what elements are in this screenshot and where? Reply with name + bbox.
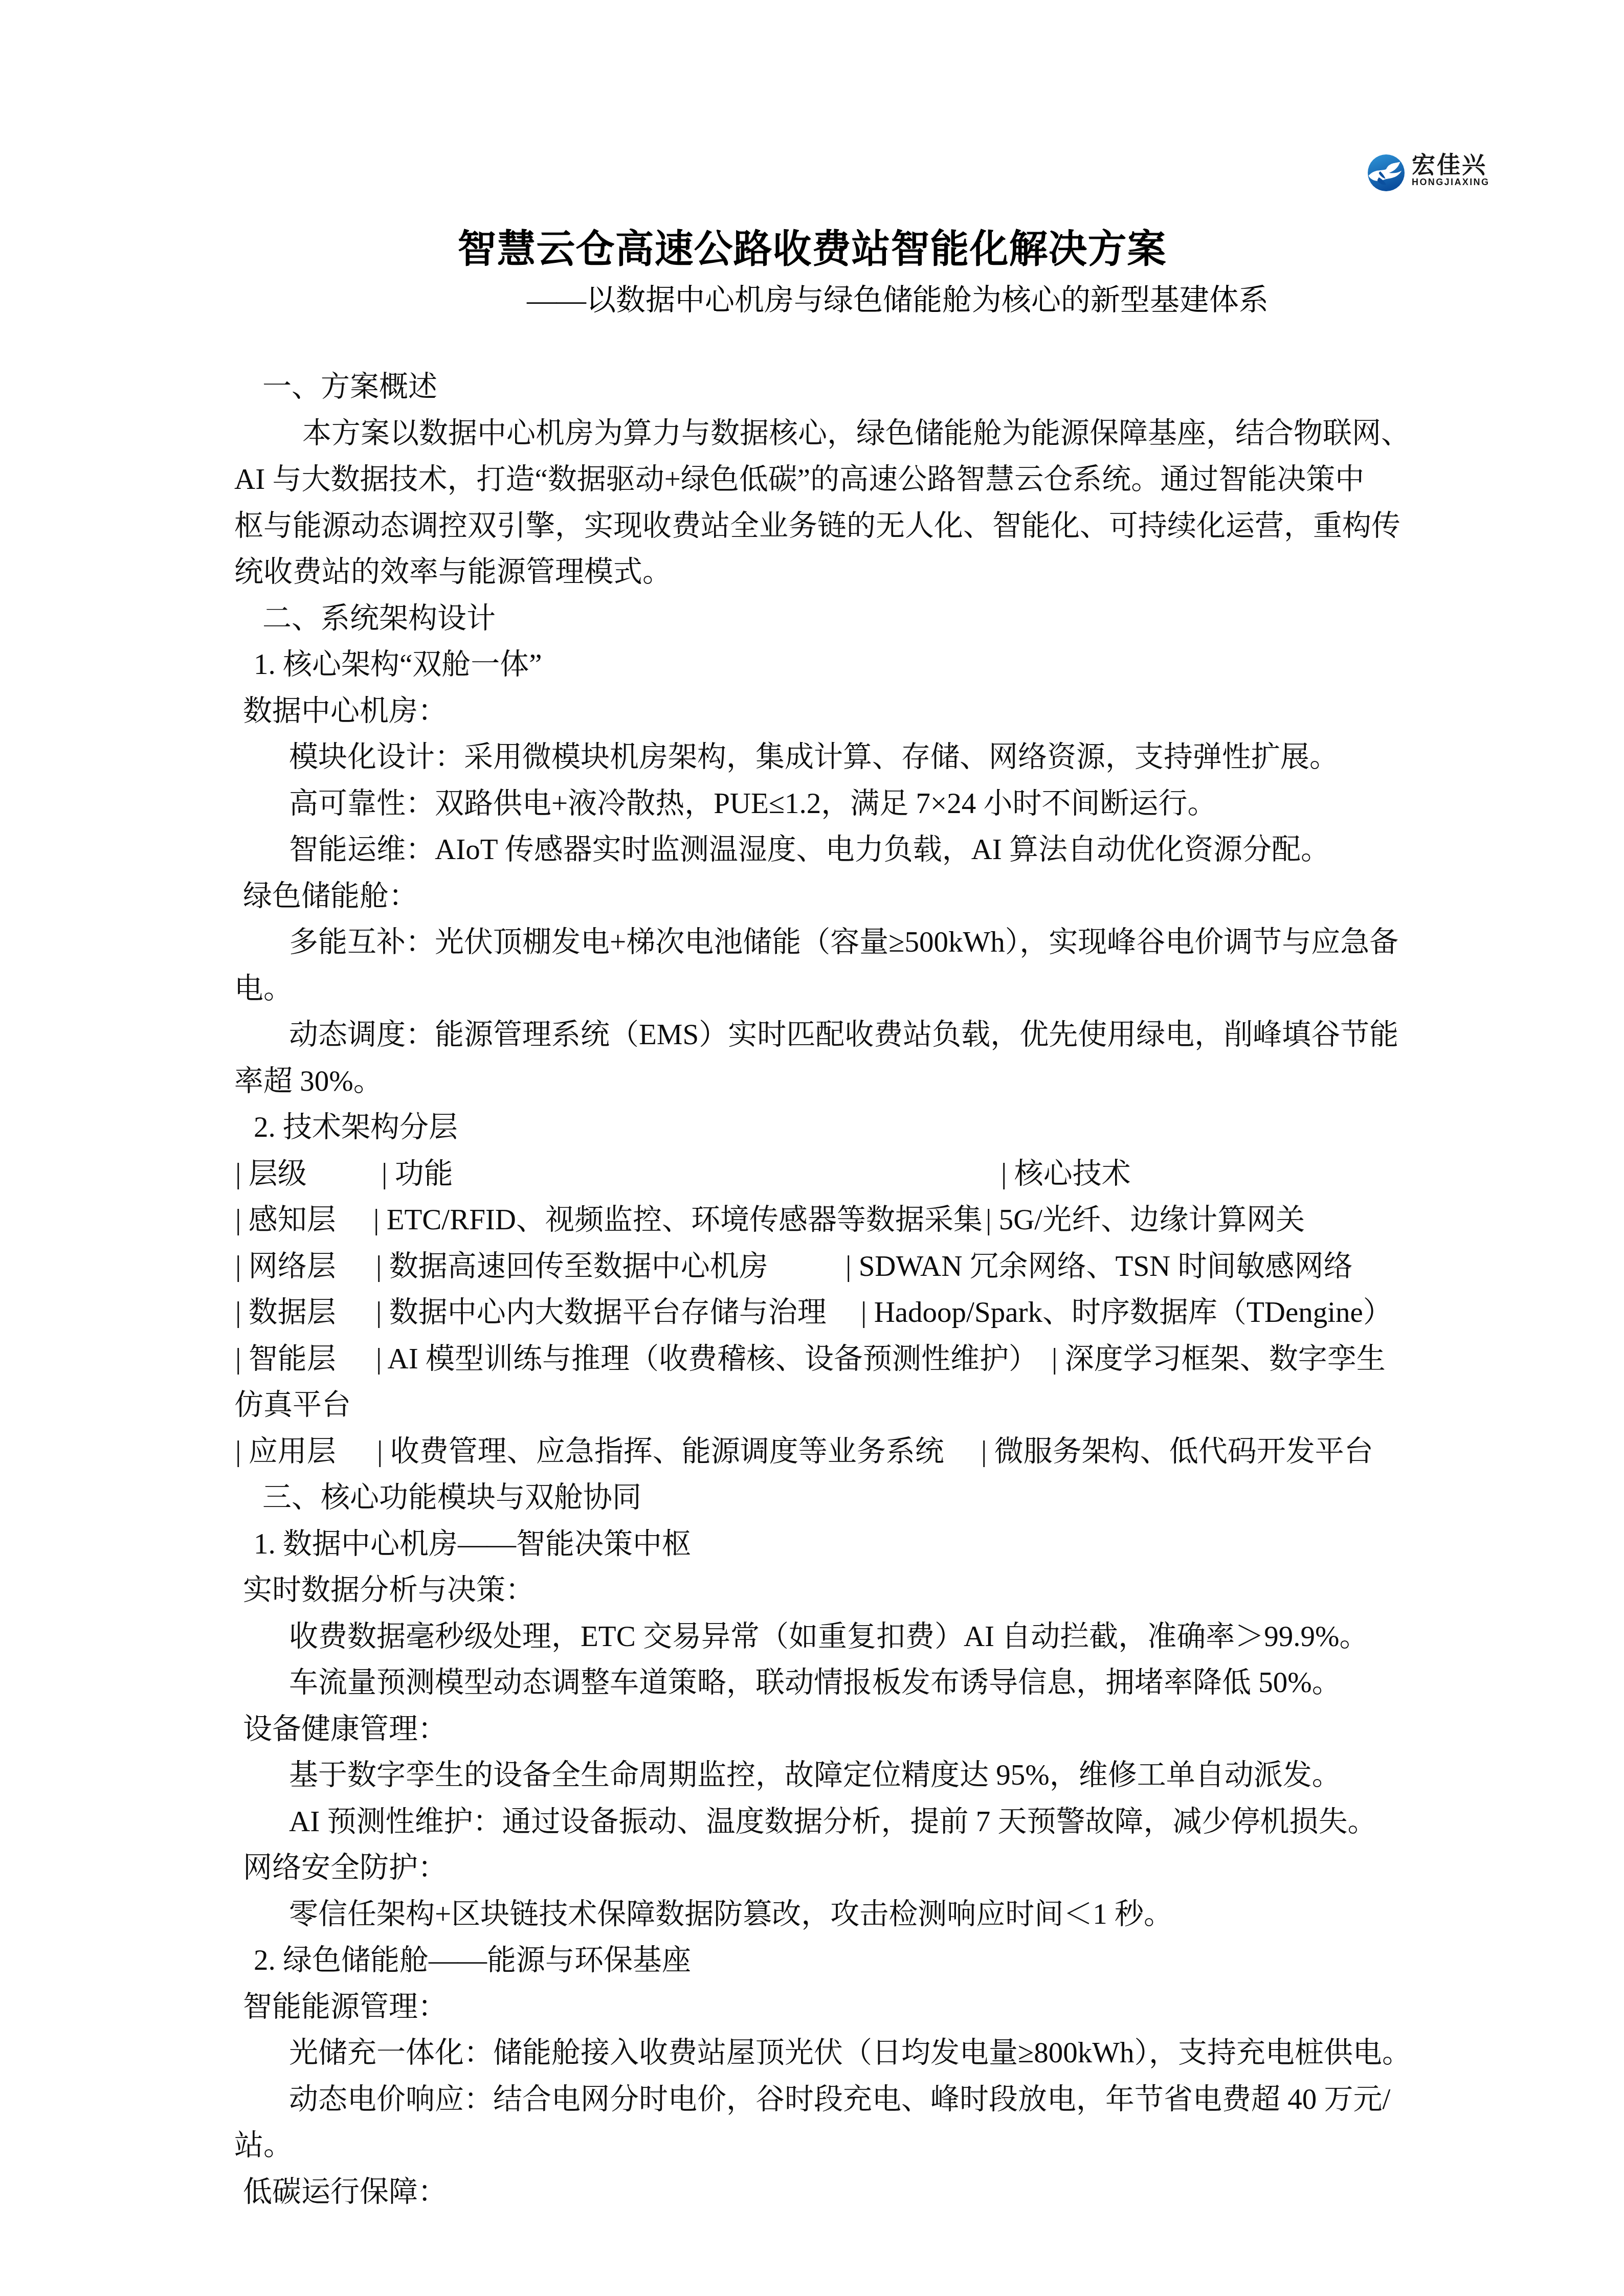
doc-line: 率超 30%。 [234, 1059, 1411, 1105]
doc-line: 动态调度：能源管理系统（EMS）实时匹配收费站负载，优先使用绿电，削峰填谷节能 [234, 1012, 1411, 1059]
doc-line: 实时数据分析与决策： [234, 1567, 1411, 1614]
logo-name-zh: 宏佳兴 [1412, 152, 1487, 177]
doc-line: 三、核心功能模块与双舱协同 [234, 1475, 1411, 1521]
doc-line: 2. 技术架构分层 [234, 1105, 1411, 1151]
logo-name-en: HONGJIAXING [1412, 177, 1489, 187]
table-cell: | 数据中心内大数据平台存储与治理 [376, 1290, 827, 1336]
doc-line: 统收费站的效率与能源管理模式。 [234, 549, 1411, 596]
doc-line: 基于数字孪生的设备全生命周期监控，故障定位精度达 95%，维修工单自动派发。 [234, 1752, 1411, 1799]
doc-line: 1. 数据中心机房——智能决策中枢 [234, 1521, 1411, 1568]
doc-line: 绿色储能舱： [234, 873, 1411, 920]
page-subtitle: ——以数据中心机房与绿色储能舱为核心的新型基建体系 [527, 280, 1269, 320]
table-row: | 网络层| 数据高速回传至数据中心机房| SDWAN 冗余网络、TSN 时间敏… [234, 1244, 1411, 1290]
doc-line: 1. 核心架构“双舱一体” [234, 642, 1411, 688]
table-cell: | 网络层 [235, 1244, 336, 1290]
table-row: | 智能层| AI 模型训练与推理（收费稽核、设备预测性维护）| 深度学习框架、… [234, 1336, 1411, 1383]
table-cell: | 5G/光纤、边缘计算网关 [986, 1197, 1305, 1244]
table-cell: | 感知层 [235, 1197, 336, 1244]
table-cell: | SDWAN 冗余网络、TSN 时间敏感网络 [846, 1244, 1353, 1290]
table-row: | 感知层| ETC/RFID、视频监控、环境传感器等数据采集| 5G/光纤、边… [234, 1197, 1411, 1244]
table-row: | 层级| 功能| 核心技术 [234, 1151, 1411, 1198]
table-cell: | 层级 [235, 1151, 307, 1198]
doc-line: 光储充一体化：储能舱接入收费站屋顶光伏（日均发电量≥800kWh），支持充电桩供… [234, 2030, 1411, 2077]
doc-line: 2. 绿色储能舱——能源与环保基座 [234, 1938, 1411, 1984]
doc-line: 多能互补：光伏顶棚发电+梯次电池储能（容量≥500kWh），实现峰谷电价调节与应… [234, 919, 1411, 966]
table-cell: | 智能层 [235, 1336, 336, 1383]
table-cell: | 微服务架构、低代码开发平台 [981, 1429, 1373, 1475]
page-title: 智慧云仓高速公路收费站智能化解决方案 [0, 224, 1624, 275]
table-row: | 数据层| 数据中心内大数据平台存储与治理| Hadoop/Spark、时序数… [234, 1290, 1411, 1336]
doc-line: 仿真平台 [234, 1382, 1411, 1429]
doc-line: 本方案以数据中心机房为算力与数据核心，绿色储能舱为能源保障基座，结合物联网、 [234, 411, 1411, 457]
doc-line: 高可靠性：双路供电+液冷散热，PUE≤1.2，满足 7×24 小时不间断运行。 [234, 781, 1411, 827]
doc-line: 站。 [234, 2123, 1411, 2169]
document-page: { "logo": { "zh": "宏佳兴", "en": "HONGJIAX… [0, 0, 1624, 2296]
table-cell: | 数据高速回传至数据中心机房 [376, 1244, 768, 1290]
doc-line: 网络安全防护： [234, 1845, 1411, 1892]
table-cell: | 核心技术 [1001, 1151, 1131, 1198]
doc-line: 数据中心机房： [234, 688, 1411, 735]
doc-line: 二、系统架构设计 [234, 596, 1411, 642]
table-cell: | 应用层 [235, 1429, 336, 1475]
doc-line: 低碳运行保障： [234, 2169, 1411, 2216]
table-cell: | AI 模型训练与推理（收费稽核、设备预测性维护） [376, 1336, 1038, 1383]
doc-line: AI 与大数据技术，打造“数据驱动+绿色低碳”的高速公路智慧云仓系统。通过智能决… [234, 457, 1411, 503]
company-logo: 宏佳兴 HONGJIAXING [1368, 152, 1489, 191]
table-cell: | 数据层 [235, 1290, 336, 1336]
table-cell: | Hadoop/Spark、时序数据库（TDengine） [861, 1290, 1392, 1336]
doc-line: 设备健康管理： [234, 1706, 1411, 1753]
table-cell: | ETC/RFID、视频监控、环境传感器等数据采集 [373, 1197, 983, 1244]
table-cell: | 收费管理、应急指挥、能源调度等业务系统 [377, 1429, 944, 1475]
doc-line: 一、方案概述 [234, 364, 1411, 411]
table-row: | 应用层| 收费管理、应急指挥、能源调度等业务系统| 微服务架构、低代码开发平… [234, 1429, 1411, 1475]
doc-line: 枢与能源动态调控双引擎，实现收费站全业务链的无人化、智能化、可持续化运营，重构传 [234, 503, 1411, 550]
document-body: 一、方案概述本方案以数据中心机房为算力与数据核心，绿色储能舱为能源保障基座，结合… [234, 364, 1411, 2215]
doc-line: 模块化设计：采用微模块机房架构，集成计算、存储、网络资源，支持弹性扩展。 [234, 734, 1411, 781]
doc-line: 电。 [234, 966, 1411, 1012]
doc-line: 动态电价响应：结合电网分时电价，谷时段充电、峰时段放电，年节省电费超 40 万元… [234, 2077, 1411, 2123]
hongjiaxing-logo-icon [1368, 154, 1405, 191]
table-cell: | 功能 [382, 1151, 453, 1198]
doc-line: 收费数据毫秒级处理，ETC 交易异常（如重复扣费）AI 自动拦截，准确率＞99.… [234, 1614, 1411, 1660]
doc-line: 车流量预测模型动态调整车道策略，联动情报板发布诱导信息，拥堵率降低 50%。 [234, 1660, 1411, 1706]
doc-line: 智能能源管理： [234, 1984, 1411, 2031]
doc-line: AI 预测性维护：通过设备振动、温度数据分析，提前 7 天预警故障，减少停机损失… [234, 1799, 1411, 1845]
doc-line: 零信任架构+区块链技术保障数据防篡改，攻击检测响应时间＜1 秒。 [234, 1892, 1411, 1938]
table-cell: | 深度学习框架、数字孪生 [1052, 1336, 1386, 1383]
doc-line: 智能运维：AIoT 传感器实时监测温湿度、电力负载，AI 算法自动优化资源分配。 [234, 827, 1411, 873]
